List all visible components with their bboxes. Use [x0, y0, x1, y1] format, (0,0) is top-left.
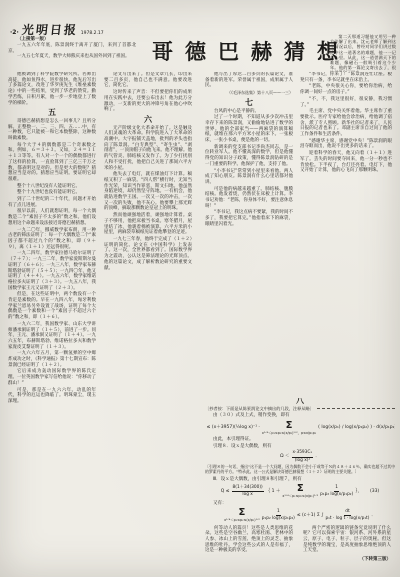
section-number-eight: 八: [205, 398, 395, 404]
paragraph: 第二天那道习题他又用另一种方法解了出来。沈元老师了解到这个情况以后，曾经对同学们…: [330, 34, 396, 72]
paragraph: 这时传来了声音：不但要把你们的成果用在实践中去，还要公布出去！他为此万分激动，一…: [104, 90, 192, 113]
body-column-1: 他被调到了科学院数学研究所。名师出高徒，他如鱼得水，进步很快。他先后写出了多篇论…: [8, 72, 96, 572]
sigma-operator: Σ x¹ᐟ⁴＜p₁≤p₂≤(x/p₁)¹ᐟ²，p≤x/p₁p₂: [262, 421, 316, 435]
formula-integral-mid: ≤ (c＋1) Σ ∫: [297, 513, 324, 519]
section-number-five: 五: [8, 110, 96, 116]
section-number-seven: 七: [205, 100, 293, 106]
body-column-3: 他写出了厚达二百多页的长篇论文，准备着新的进军。荣誉属于祖国，成果属于人民。 （…: [205, 72, 293, 396]
newspaper-page: ·2· 光明日报 1978.2.17 （上接第一版） 一九五六年年底，陈景润终于…: [0, 0, 400, 577]
paragraph: 何等动人的篇页！这些是人类思维的花朵。这些是空谷幽兰、高寒杜鹃、老林中的人参、冰…: [205, 526, 293, 555]
paragraph: 无产阶级文化大革命开始了。这是触及人们灵魂的大革命。科学院进入了大革命的高潮中。…: [104, 126, 192, 172]
article-headline: 哥德巴赫猜想: [140, 36, 328, 66]
formula-33-brace: ｛ 1 ＋: [266, 489, 281, 495]
fraction-denominator: p₁p₂ log(x∕p₁p₂): [320, 492, 353, 497]
paragraph: 它后来成为轰动国际数学界的陈氏定理。一位英国数学家写信给他说：“你移动了群山！”: [8, 369, 96, 386]
issue-date: 1978.2.17: [81, 31, 104, 36]
formula-Mx: Mₓ ≤ (x＋3957)(½log x)⁻¹ · Σ x¹ᐟ⁴＜p₁≤p₂≤(…: [205, 421, 395, 435]
formula-omega-prefix: Ω ＜: [280, 454, 289, 460]
fraction: dt p₁t · log t · log(x∕p₁t): [325, 510, 369, 522]
paragraph: 论文写出来了。但是文章冗长，印出来要二百多页，他自己也不满意。他要改进它，简化它…: [104, 72, 192, 89]
masthead: ·2· 光明日报 1978.2.17: [10, 21, 104, 38]
body-column-2: 论文写出来了。但是文章冗长，印出来要二百多页，他自己也不满意。他要改进它，简化它…: [104, 72, 192, 572]
paragraph: “感谢华主席，感谢党中央！”陈景润的眼泪夺眶而出，他说不出更多的话来了。: [300, 139, 392, 150]
sigma-symbol: Σ: [286, 421, 293, 431]
column1-section-text: 哥德巴赫猜想是怎么一回事儿？且听分解。正整数一、二、三、四、五……中，有一种数，…: [8, 119, 96, 405]
header-right-column: 第二天那道习题他又用另一种方法解了出来。沈元老师了解到这个情况以后，曾经对同学们…: [330, 34, 396, 72]
lemma8-statement: 引理８．设ｘ是大偶数，则有: [213, 444, 395, 450]
paragraph: 可是他的病越来越重了。肺结核、腹膜结核。他发着烧，仍然伏在床板上计算。李书记劝他…: [205, 187, 293, 210]
paragraph: 整个十九世纪也没有能证明它。: [8, 190, 96, 196]
paragraph: 一九六六年五月，第一颗氢弹的空中爆炸成功之时，《科学通报》第十七期宣布：陈景润已…: [8, 351, 96, 368]
paragraph: “李书记，你来了！”陈景润连忙让座。板凳只有一条，李书记就坐在床沿上。: [300, 72, 392, 83]
paragraph: 过了一个时期，不知道从多少次冲击里幸存下来的陈景润，又偷偷地钻进了数学的世界。他…: [205, 115, 293, 144]
fraction-denominator: p₁p₂ log(x∕p₁p₂): [262, 516, 295, 521]
fraction-denominator: (log x)²: [295, 458, 311, 463]
paragraph: 迎着科学的春天，他又向着（１＋１）进军了。丢失的时间要夺回来，他一分一秒也不肯放…: [300, 151, 392, 174]
formula-33-suffix: ｝，: [355, 489, 362, 495]
paragraph: 他被调到了科学院数学研究所。名师出高徒，他如鱼得水，进步很快。他先后写出了多篇论…: [8, 72, 96, 106]
closing-left-column: 何等动人的篇页！这些是人类思维的花朵。这些是空谷幽兰、高寒杜鹃、老林中的人参、冰…: [205, 526, 293, 563]
case-three-statement: Ⅲ．设ｘ是大偶数，由引理８和引理７，则有: [213, 477, 395, 483]
closing-right-column: 两个严密的逻辑的链条究竟说明了什么呢？它可以探索宇宙：银河系、河外系的星云，原子…: [303, 526, 391, 563]
paragraph: 但是，在这些证明中，两个数没有一个肯定是素数的。早在一九四八年，匈牙利数学家兰恩…: [8, 292, 96, 321]
column3-top-text: 他写出了厚达二百多页的长篇论文，准备着新的进军。荣誉属于祖国，成果属于人民。: [205, 72, 293, 89]
continued-to-note: （下转第三版）: [303, 557, 391, 563]
paragraph: “老陈，中央很关心你，要给你治病，给你调一间好一点的房子。”: [300, 84, 392, 95]
paragraph: 新调来的党支部书记李尚杰同志，是一位转业军人。他不懂高深的数学，但是他懂得党的知…: [205, 145, 293, 168]
paragraph: 整个十八世纪没有人能证明它。: [8, 184, 96, 190]
section-eight-block: 八 〔抄者按：下面是从陈景润论文中摘出的几段，注释从略〕 由（３０）式及上式，稍…: [205, 398, 395, 570]
sigma-operator: Σ x¹ᐟ⁴＜p₁≤p₂≤(x/p₁)¹ᐟ²: [224, 508, 260, 522]
column2-top-text: 论文写出来了。但是文章冗长，印出来要二百多页，他自己也不满意。他要改进它，简化它…: [104, 72, 192, 113]
fraction: 1 p₁p₂ log(x∕p₁p₂): [262, 510, 295, 522]
paragraph: 一九七三年春，他终于完成了（１＋２）证明的简化。论文在《中国科学》上发表了。这一…: [104, 237, 192, 271]
lemma-proof-line: 由此，本引理得证。: [213, 437, 395, 443]
formula-omega: Ω ＜ x·3593Cₓ (log x)² ．: [205, 451, 395, 463]
lemma-commentary-note: 〔引理８的一句话，指出“这不是一个大问题，因为偶数不会小于或等于Ｎ的４８＋４６％…: [205, 465, 395, 475]
paragraph: 哥德巴赫猜想是怎么一回事儿？且听分解。正整数一、二、三、四、五……中，有一种数，…: [8, 119, 96, 142]
paragraph: 一九六二年，我国数学家、山东大学讲师潘承洞证明了（１＋５），前进了一步。同年，王…: [8, 322, 96, 351]
column3-section-text: 过了一个时期，不知道从多少次冲击里幸存下来的陈景润，又偷偷地钻进了数学的世界。他…: [205, 115, 293, 227]
fraction: 1 p₁p₂ log(x∕p₁p₂): [320, 486, 353, 498]
paragraph: 可是，那是在一九六六年。动乱的年代，科学的厄运也降临了。明珠蒙尘，璞玉深埋。: [8, 388, 96, 405]
lead-block: （上接第一版） 一九五六年年底，陈景润终于离开了厦门，来到了首都北京。一九五七年…: [8, 37, 136, 60]
paragraph: 每个大于４的偶数都是二个奇素数之和。例如，６＝３＋３。又如，２４＝１１＋１３等等…: [8, 143, 96, 183]
dashed-rule: [317, 408, 395, 409]
paragraph: 他写出了厚达二百多页的长篇论文，准备着新的进军。荣誉属于祖国，成果属于人民。: [205, 72, 293, 89]
sigma-operator: Σ x¹ᐟ⁴＜p₁≤p₂≤(x/p₁)¹ᐟ²: [282, 484, 318, 498]
formula-omega-suffix: ．: [315, 454, 320, 460]
formula-Mx-body: ( log(x/p₁) ∕ log(x/p₁p₂) ) · d(x/p₁p₂)，: [318, 425, 395, 431]
also-have-line: 又有：: [213, 501, 395, 507]
section-number-six: 六: [104, 117, 192, 123]
equation-number-33: (33): [370, 489, 379, 495]
column1-top-text: 他被调到了科学院数学研究所。名师出高徒，他如鱼得水，进步很快。他先后写出了多篇论…: [8, 72, 96, 106]
page-number: ·2·: [10, 29, 19, 36]
sigma-symbol: Σ: [239, 508, 246, 518]
closing-right-text: 两个严密的逻辑的链条究竟说明了什么呢？它可以探索宇宙：银河系、河外系的星云，原子…: [303, 526, 391, 555]
formula-33: Q ≤ 8(1＋34(300)) log x ｛ 1 ＋ Σ x¹ᐟ⁴＜p₁≤p…: [205, 484, 395, 498]
paragraph: “李书记，我这点病不要紧，我的时间不多了，我要把它算完。”他指着床下的麻袋，眼睛…: [205, 210, 293, 227]
sigma-symbol: Σ: [297, 484, 304, 494]
paragraph: 他失去了电灯，就在煤油灯下计算。稿纸又积了一麻袋。“四人帮”横行时，无知当作光荣…: [104, 172, 192, 212]
paragraph: 两个严密的逻辑的链条究竟说明了什么呢？它可以探索宇宙：银河系、河外系的星云，原子…: [303, 526, 391, 555]
lead-paragraphs: 一九五六年年底，陈景润终于离开了厦门，来到了首都北京。一九五七年夏天，数学大师熊…: [8, 43, 136, 60]
sigma-limits: x¹ᐟ⁴＜p₁≤p₂≤(x/p₁)¹ᐟ²，p≤x/p₁p₂: [262, 432, 316, 435]
paragraph: “不，不，我这里很好，很安静，我习惯了。”: [300, 97, 392, 108]
formula-Mx-prefix: Mₓ ≤ (x＋3957)(½log x)⁻¹ ·: [205, 425, 260, 431]
fraction: x·3593Cₓ (log x)²: [292, 451, 314, 463]
paragraph: 一九五六年年底，陈景润终于离开了厦门，来到了首都北京。: [8, 43, 136, 55]
section-seven-opening-line: 台风的中心是平静的。: [205, 109, 293, 115]
paragraph: 然而他顽强地活着，顽强地计算着。桌子不够用，他把床板当书桌。寒冬腊月，屋里结了冰…: [104, 213, 192, 236]
formula-33-prefix: Q ≤: [221, 489, 230, 495]
editors-note-label: 〔抄者按：下面是从陈景润论文中摘出的几段，注释从略〕: [205, 406, 314, 412]
formula-integral-suffix: ．: [371, 513, 376, 519]
paragraph: 毛主席、党中央关怀着他。华主席作了重要批示。医疗专家给他会诊治病，给他调了宿舍，…: [300, 109, 392, 138]
paragraph: 到了二十世纪的二十年代，问题才开始有了点儿进展。: [8, 197, 96, 208]
citation-line: （《毛泽东选集》第十八页——一三）: [205, 90, 293, 96]
fraction-denominator: p₁t · log t · log(x∕p₁t): [325, 516, 369, 521]
column2-section-text: 无产阶级文化大革命开始了。这是触及人们灵魂的大革命。科学院进入了大革命的高潮中。…: [104, 126, 192, 272]
paragraph: 一九二四年，数学家拉德马哈尔证明了（７＋７）；一九三二年，数学家爱斯斯尔曼证明了…: [8, 251, 96, 291]
paragraph: 一九五七年夏天，数学大师熊庆来也从国外回到了祖国。: [8, 54, 136, 60]
editors-note-line: 〔抄者按：下面是从陈景润论文中摘出的几段，注释从略〕: [205, 406, 395, 412]
newspaper-name: 光明日报: [21, 21, 79, 38]
body-column-4: “李书记，你来了！”陈景润连忙让座。板凳只有一条，李书记就坐在床沿上。“老陈，中…: [300, 72, 392, 396]
formula-integral: Σ x¹ᐟ⁴＜p₁≤p₂≤(x/p₁)¹ᐟ² 1 p₁p₂ log(x∕p₁p₂…: [205, 508, 395, 522]
fraction-denominator: log x: [242, 492, 252, 497]
paragraph: 一九二〇年，挪威数学家布朗，用一种古老的筛法证明了：每一个大偶数是二个“素因子都…: [8, 228, 96, 251]
fraction: 8(1＋34(300)) log x: [232, 486, 264, 498]
paragraph: “小李书记”常常到小屋里来看他。两人成了知心朋友。陈景润有什么心里话都对他讲。: [205, 169, 293, 186]
sigma-limits: x¹ᐟ⁴＜p₁≤p₂≤(x/p₁)¹ᐟ²: [282, 495, 318, 498]
closing-text-columns: 何等动人的篇页！这些是人类思维的花朵。这些是空谷幽兰、高寒杜鹃、老林中的人参、冰…: [205, 526, 395, 563]
paragraph: 很早以前，人们就想证明，每一个大偶数是二个“素因子不太多的”数之和。他们设想用这…: [8, 209, 96, 226]
formula-intro: 由（３０）式及上式，稍作变换，即有: [213, 413, 395, 419]
sigma-limits: x¹ᐟ⁴＜p₁≤p₂≤(x/p₁)¹ᐟ²: [224, 519, 260, 522]
